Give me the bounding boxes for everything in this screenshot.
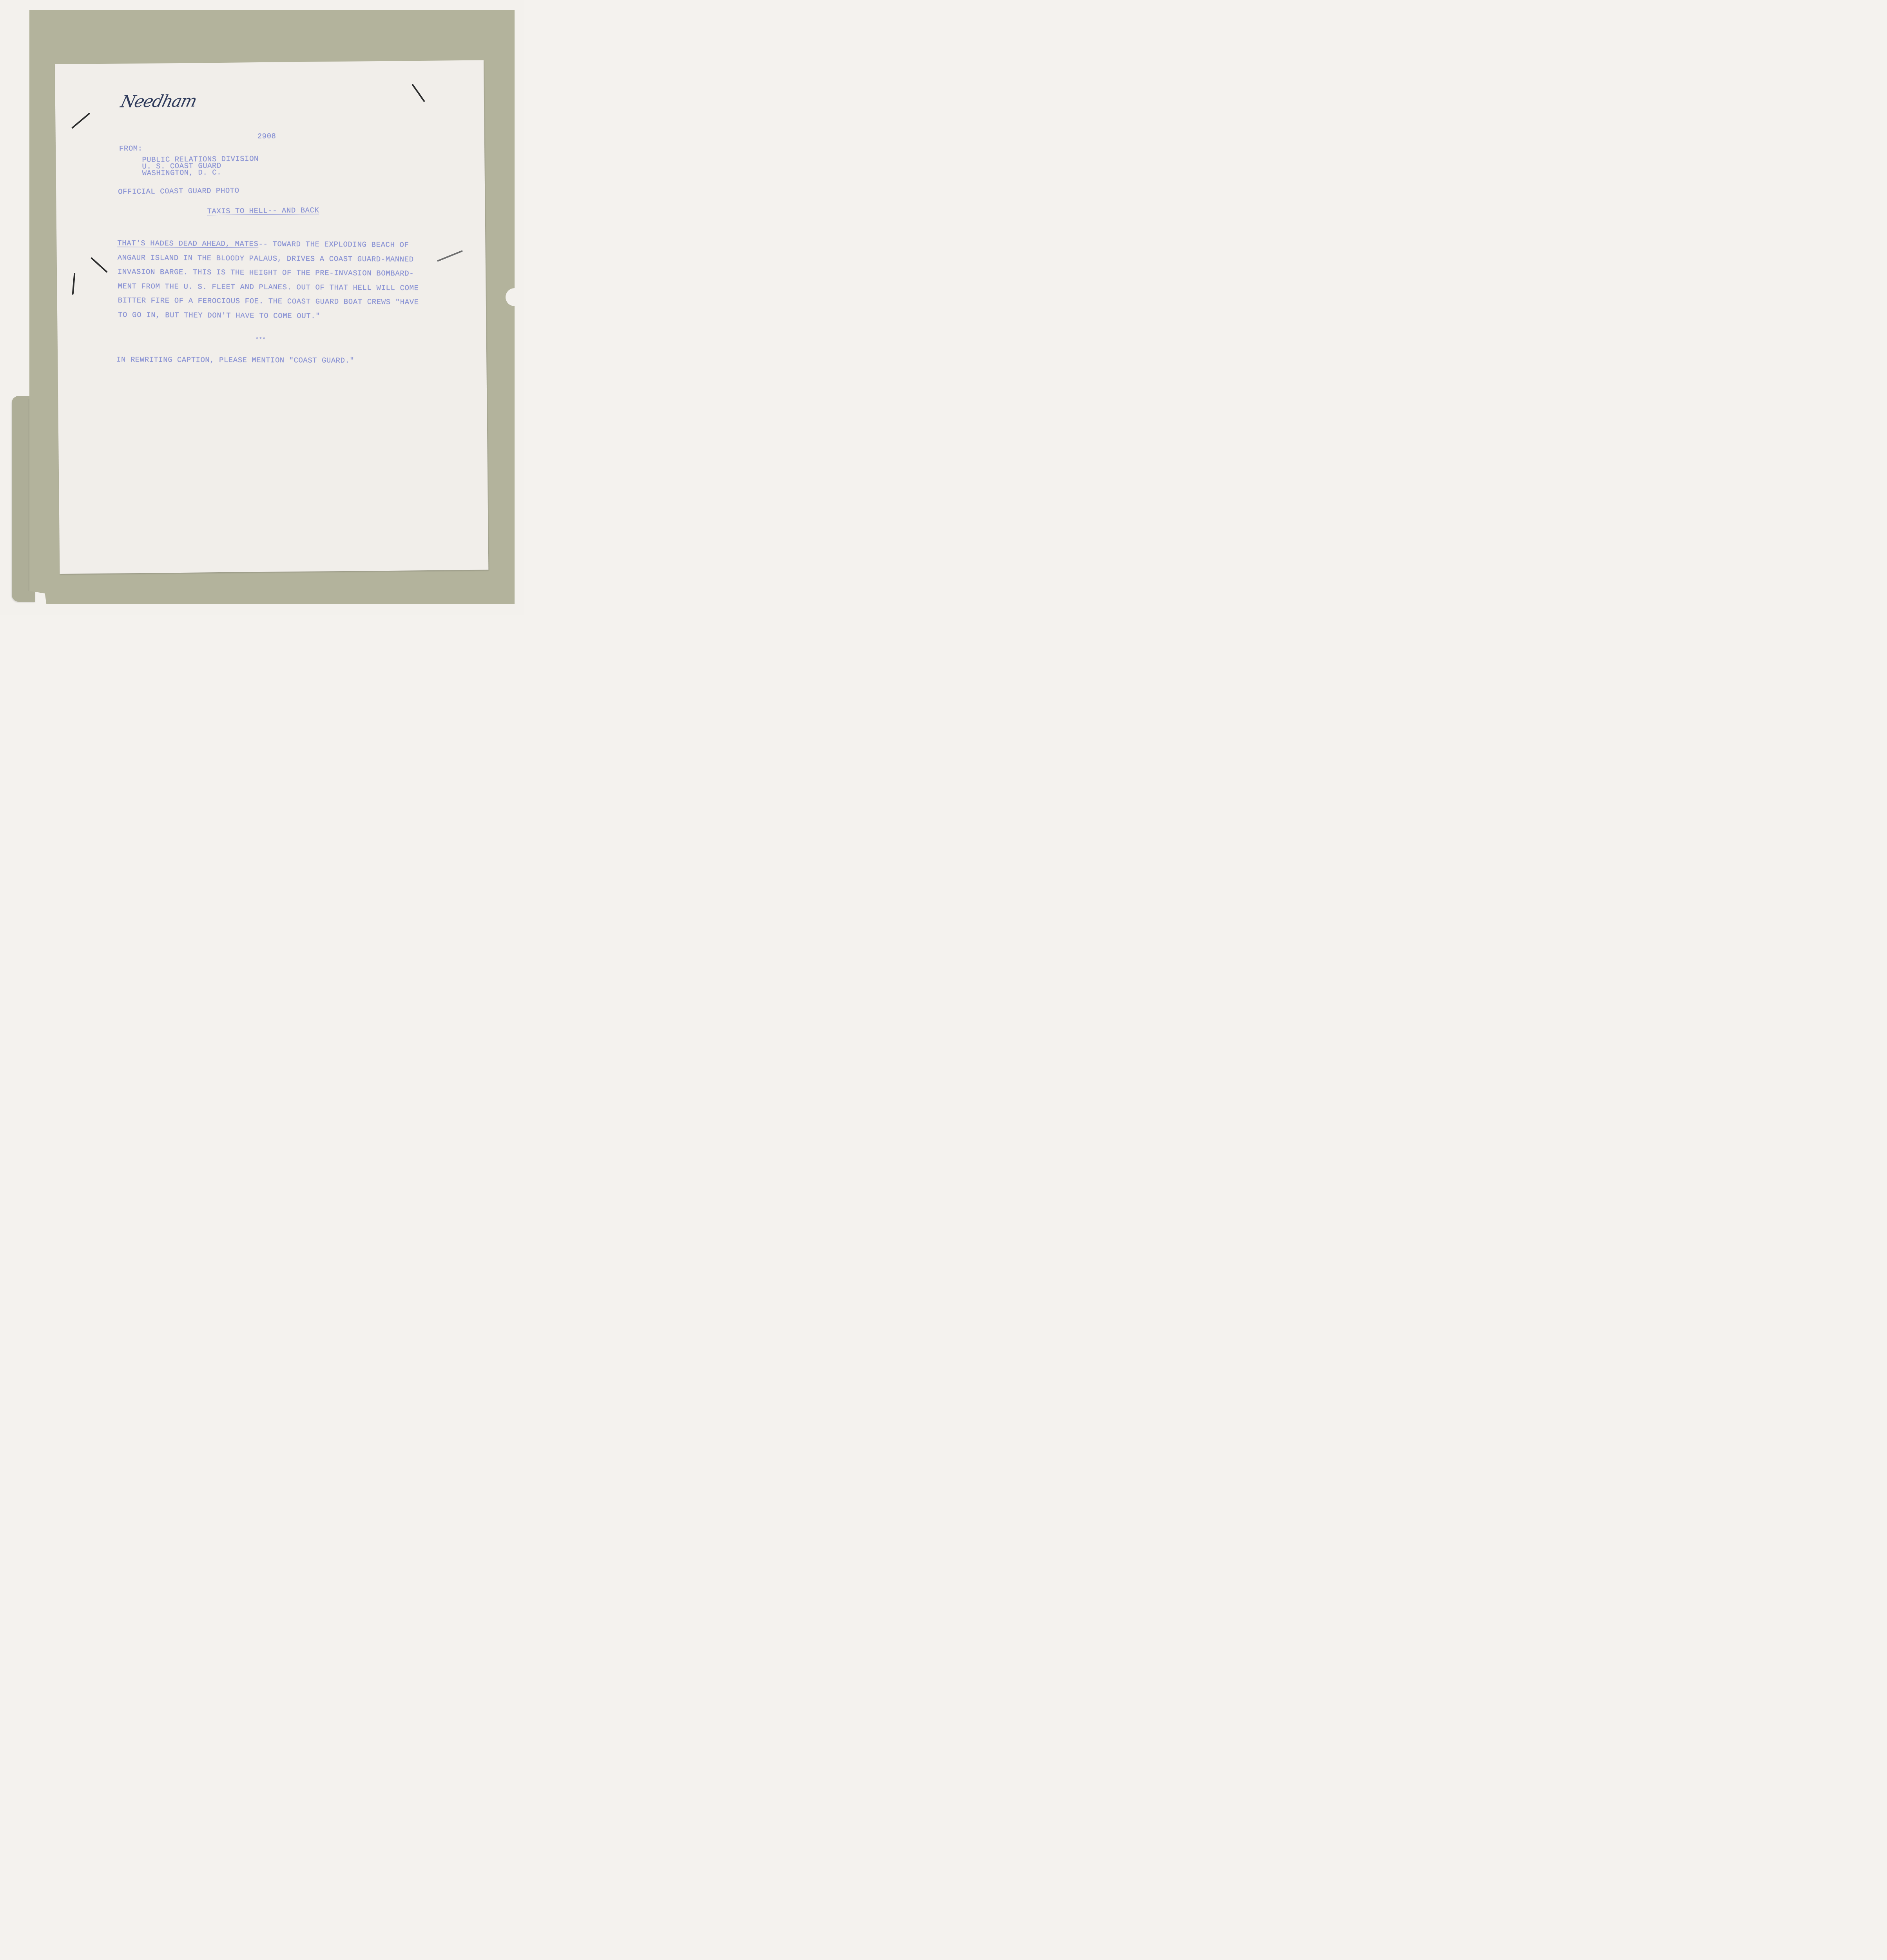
caption-title: TAXIS TO HELL-- AND BACK	[207, 206, 319, 216]
caption-line: INVASION BARGE. THIS IS THE HEIGHT OF TH…	[118, 265, 443, 281]
caption-lead: THAT'S HADES DEAD AHEAD, MATES	[117, 239, 258, 248]
from-address: PUBLIC RELATIONS DIVISION U. S. COAST GU…	[142, 156, 259, 177]
caption-line: ANGAUR ISLAND IN THE BLOODY PALAUS, DRIV…	[118, 250, 443, 267]
mount-card-notch	[506, 288, 524, 306]
from-label: FROM:	[119, 144, 143, 153]
address-line: WASHINGTON, D. C.	[142, 169, 259, 177]
handwritten-signature: Needham	[119, 91, 198, 111]
reference-number: 2908	[257, 132, 276, 141]
credit-line: OFFICIAL COAST GUARD PHOTO	[118, 186, 239, 196]
caption-line: TO GO IN, BUT THEY DON'T HAVE TO COME OU…	[118, 308, 443, 324]
caption-sheet: Needham 2908 FROM: PUBLIC RELATIONS DIVI…	[55, 60, 488, 573]
caption-line: MENT FROM THE U. S. FLEET AND PLANES. OU…	[118, 279, 443, 296]
separator: ***	[256, 337, 266, 343]
footer-note: IN REWRITING CAPTION, PLEASE MENTION "CO…	[116, 356, 354, 365]
caption-line: BITTER FIRE OF A FEROCIOUS FOE. THE COAS…	[118, 293, 443, 310]
caption-line: THAT'S HADES DEAD AHEAD, MATES-- TOWARD …	[117, 236, 442, 252]
caption-body: THAT'S HADES DEAD AHEAD, MATES-- TOWARD …	[117, 233, 443, 322]
